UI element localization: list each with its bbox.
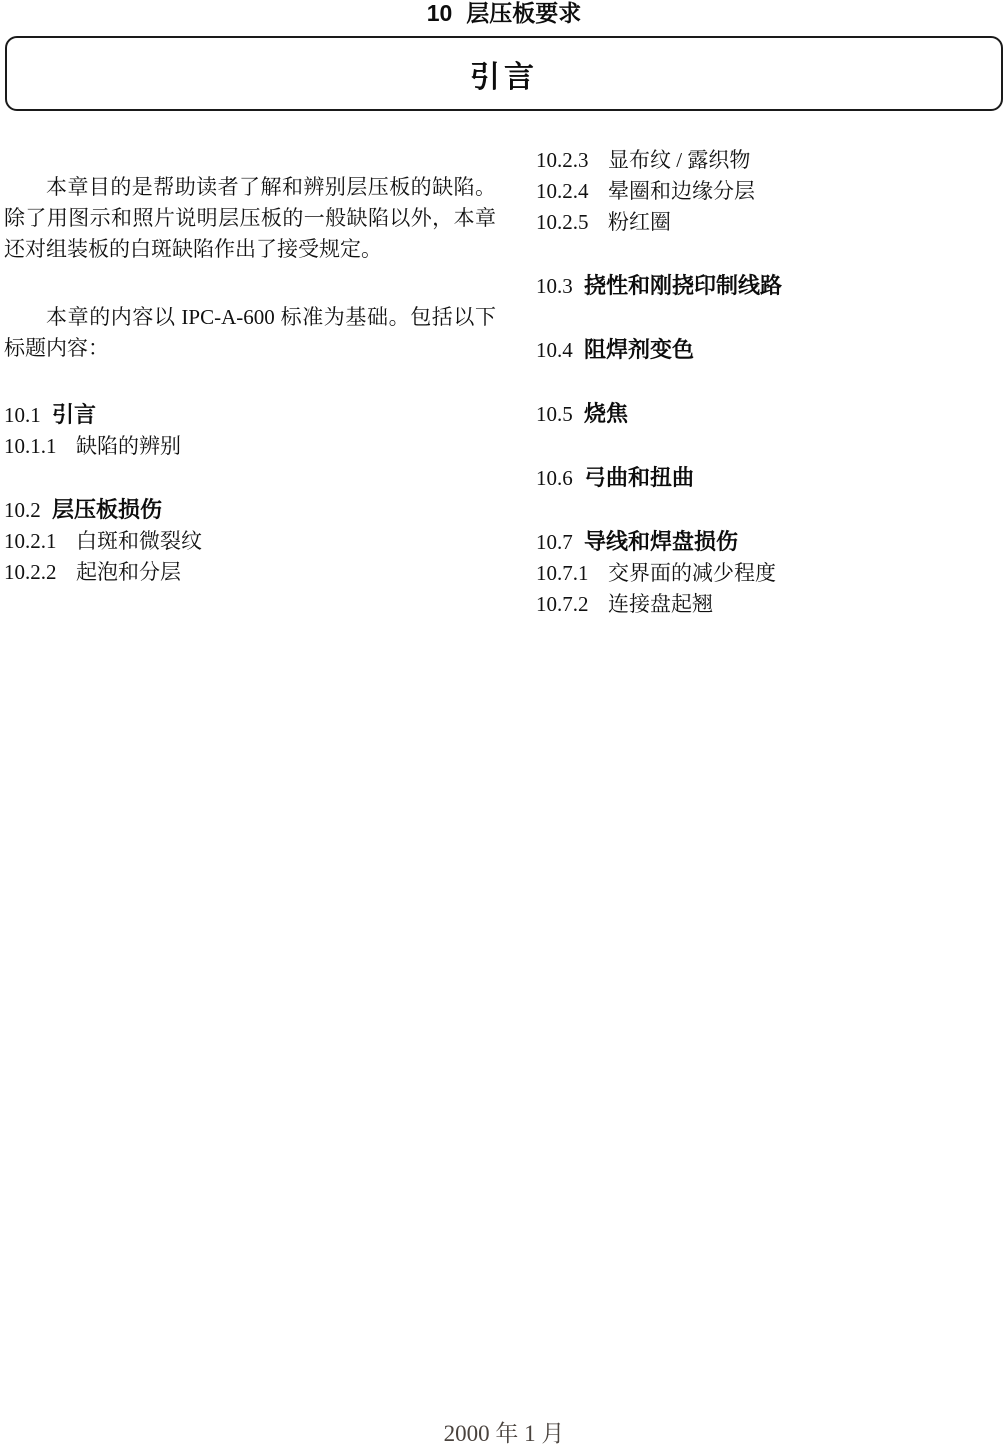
toc-entry-number: 10.7.1	[536, 558, 608, 589]
toc-entry-number: 10.4	[536, 335, 584, 366]
toc-entry-10-2-3: 10.2.3 显布纹 / 露织物	[536, 145, 1006, 176]
toc-entry-label: 交界面的减少程度	[608, 558, 776, 589]
toc-entry-number: 10.5	[536, 399, 584, 430]
toc-entry-10-6: 10.6 弓曲和扭曲	[536, 462, 1006, 494]
toc-entry-number: 10.2.1	[4, 526, 76, 557]
toc-entry-label: 烧焦	[584, 398, 628, 429]
toc-entry-label: 挠性和刚挠印制线路	[584, 270, 782, 301]
toc-entry-10-2: 10.2 层压板损伤	[4, 494, 496, 526]
toc-entry-10-1: 10.1 引言	[4, 399, 496, 431]
toc-entry-label: 粉红圈	[608, 207, 671, 238]
toc-entry-label: 连接盘起翘	[608, 589, 713, 620]
toc-entry-label: 引言	[52, 399, 96, 430]
chapter-number: 10	[427, 0, 453, 26]
running-head: 10层压板要求	[0, 0, 1008, 26]
toc-entry-10-1-1: 10.1.1 缺陷的辨别	[4, 431, 496, 462]
toc-entry-10-7: 10.7 导线和焊盘损伤	[536, 526, 1006, 558]
right-column: 10.2.3 显布纹 / 露织物 10.2.4 晕圈和边缘分层 10.2.5 粉…	[536, 130, 1006, 620]
document-page: 10层压板要求 引言 本章目的是帮助读者了解和辨别层压板的缺陷。除了用图示和照片…	[0, 0, 1008, 1454]
toc-entry-number: 10.2.5	[536, 207, 608, 238]
toc-entry-10-4: 10.4 阻焊剂变色	[536, 334, 1006, 366]
toc-entry-number: 10.7.2	[536, 589, 608, 620]
toc-entry-number: 10.7	[536, 527, 584, 558]
toc-entry-number: 10.3	[536, 271, 584, 302]
toc-entry-number: 10.6	[536, 463, 584, 494]
toc-entry-number: 10.2.2	[4, 557, 76, 588]
toc-entry-10-7-2: 10.7.2 连接盘起翘	[536, 589, 1006, 620]
toc-entry-10-2-1: 10.2.1 白斑和微裂纹	[4, 526, 496, 557]
toc-entry-10-3: 10.3 挠性和刚挠印制线路	[536, 270, 1006, 302]
footer-date: 2000 年 1 月	[0, 1420, 1008, 1448]
toc-entry-label: 白斑和微裂纹	[76, 526, 202, 557]
toc-entry-label: 缺陷的辨别	[76, 431, 181, 462]
toc-entry-10-2-5: 10.2.5 粉红圈	[536, 207, 1006, 238]
toc-entry-label: 层压板损伤	[52, 494, 162, 525]
toc-entry-10-2-4: 10.2.4 晕圈和边缘分层	[536, 176, 1006, 207]
toc-entry-10-7-1: 10.7.1 交界面的减少程度	[536, 558, 1006, 589]
toc-entry-number: 10.1	[4, 400, 52, 431]
intro-paragraph-1: 本章目的是帮助读者了解和辨别层压板的缺陷。除了用图示和照片说明层压板的一般缺陷以…	[4, 172, 496, 265]
toc-entry-number: 10.2.4	[536, 176, 608, 207]
left-column: 本章目的是帮助读者了解和辨别层压板的缺陷。除了用图示和照片说明层压板的一般缺陷以…	[4, 160, 496, 588]
intro-paragraph-2: 本章的内容以 IPC-A-600 标准为基础。包括以下标题内容：	[4, 302, 496, 364]
toc-entry-number: 10.1.1	[4, 431, 76, 462]
toc-entry-label: 显布纹 / 露织物	[608, 145, 750, 176]
toc-entry-10-5: 10.5 烧焦	[536, 398, 1006, 430]
toc-entry-label: 弓曲和扭曲	[584, 462, 694, 493]
toc-entry-number: 10.2.3	[536, 145, 608, 176]
toc-entry-label: 导线和焊盘损伤	[584, 526, 738, 557]
toc-entry-label: 起泡和分层	[76, 557, 181, 588]
section-title-box: 引言	[5, 36, 1003, 111]
toc-entry-label: 晕圈和边缘分层	[608, 176, 755, 207]
toc-entry-number: 10.2	[4, 495, 52, 526]
chapter-title: 层压板要求	[466, 0, 581, 26]
toc-entry-label: 阻焊剂变色	[584, 334, 694, 365]
toc-entry-10-2-2: 10.2.2 起泡和分层	[4, 557, 496, 588]
section-title: 引言	[470, 52, 538, 96]
